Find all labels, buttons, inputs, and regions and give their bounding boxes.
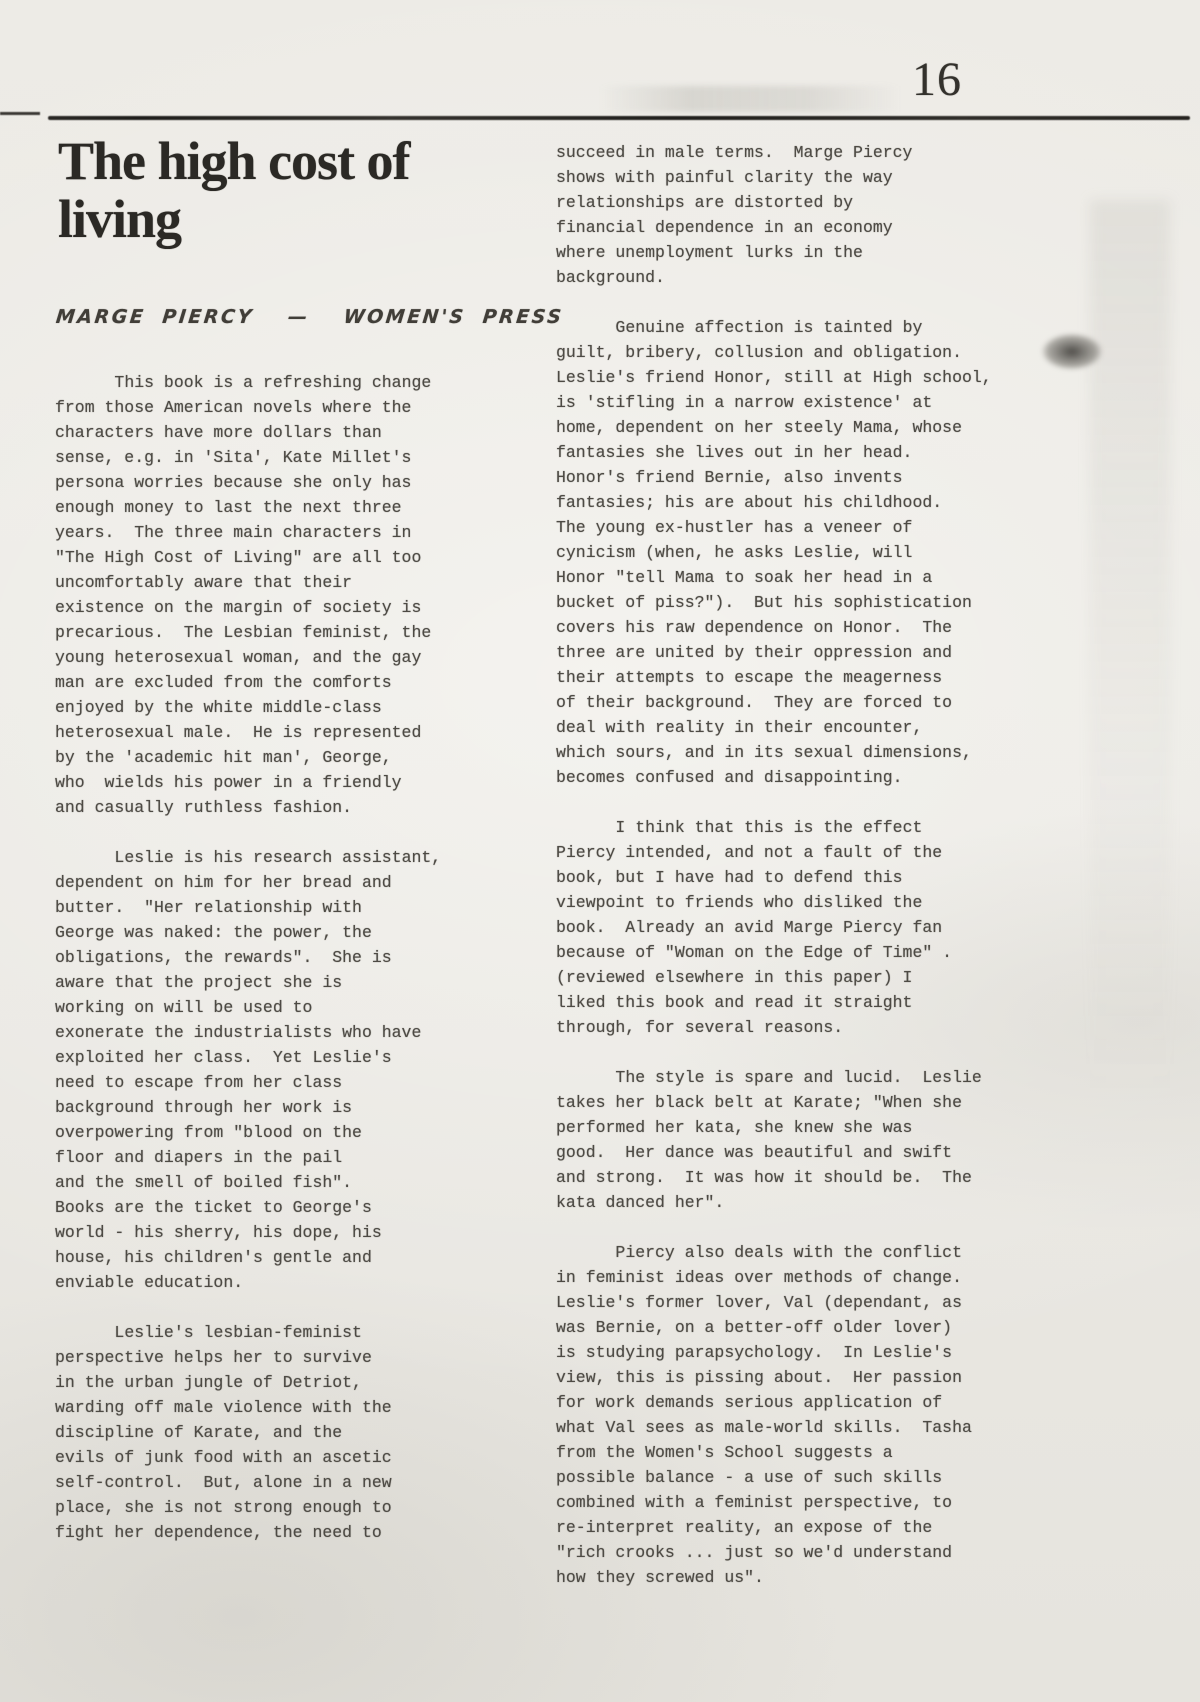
top-rule-fragment xyxy=(0,112,40,115)
top-rule xyxy=(48,116,1190,120)
paragraph: Genuine affection is tainted by guilt, b… xyxy=(556,315,1086,790)
paragraph: Piercy also deals with the conflict in f… xyxy=(556,1240,1086,1590)
print-bleed-artifact xyxy=(600,86,900,112)
paragraph: succeed in male terms. Marge Piercy show… xyxy=(556,140,1086,290)
left-column: This book is a refreshing change from th… xyxy=(55,370,525,1570)
scanned-page: 16 The high cost of living MARGE PIERCY … xyxy=(0,0,1200,1702)
scan-shadow-artifact xyxy=(1090,200,1170,1100)
page-number: 16 xyxy=(912,52,962,107)
paragraph: This book is a refreshing change from th… xyxy=(55,370,525,820)
right-column: succeed in male terms. Marge Piercy show… xyxy=(556,140,1086,1615)
article-byline: MARGE PIERCY — WOMEN'S PRESS xyxy=(55,306,565,328)
paragraph: The style is spare and lucid. Leslie tak… xyxy=(556,1065,1086,1215)
paragraph: I think that this is the effect Piercy i… xyxy=(556,815,1086,1040)
paragraph: Leslie is his research assistant, depend… xyxy=(55,845,525,1295)
article-title: The high cost of living xyxy=(58,132,410,248)
paragraph: Leslie's lesbian-feminist perspective he… xyxy=(55,1320,525,1545)
